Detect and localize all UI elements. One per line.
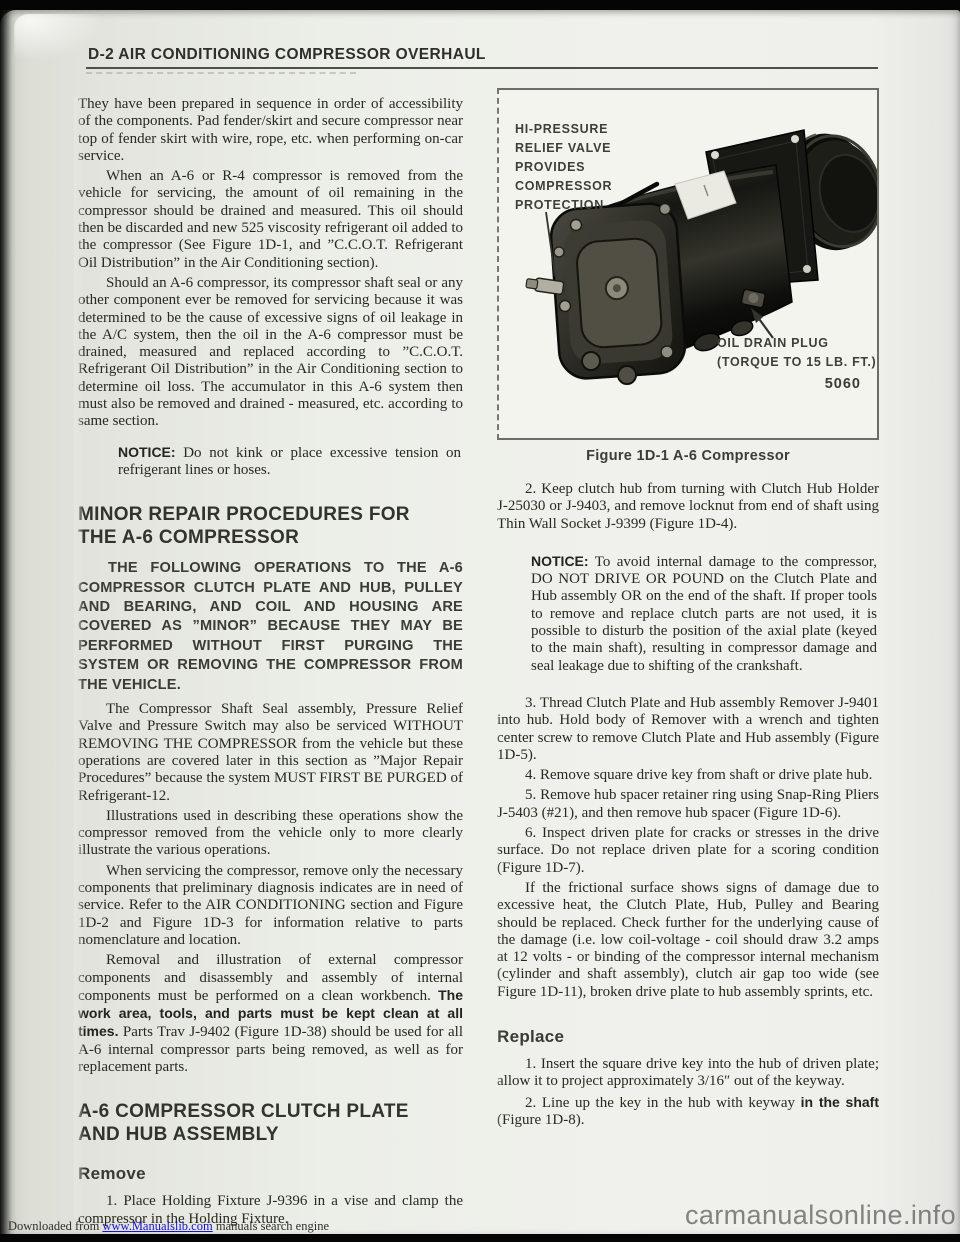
paragraph: When an A-6 or R-4 compressor is removed… [78, 168, 463, 272]
header-rule [86, 67, 878, 69]
notice-label: NOTICE: [531, 553, 589, 569]
subheading-remove: Remove [78, 1164, 463, 1184]
figure-label-oil-drain-plug: OIL DRAIN PLUG (TORQUE TO 15 LB. FT.) [717, 334, 876, 372]
notice-text: To avoid internal damage to the compress… [531, 554, 877, 674]
step-paragraph: 6. Inspect driven plate for cracks or st… [497, 825, 879, 877]
paragraph: They have been prepared in sequence in o… [78, 96, 463, 165]
scan-top-bar [0, 0, 960, 10]
watermark: carmanualsonline.info [685, 1200, 956, 1231]
figure-1d-1: HI-PRESSURE RELIEF VALVE PROVIDES COMPRE… [497, 88, 879, 440]
section-heading-minor-repair: MINOR REPAIR PROCEDURES FOR THE A-6 COMP… [78, 503, 463, 549]
notice-label: NOTICE: [118, 444, 176, 460]
subheading-replace: Replace [497, 1027, 879, 1047]
step-paragraph: 2. Keep clutch hub from turning with Clu… [497, 481, 879, 533]
page-title: D-2 AIR CONDITIONING COMPRESSOR OVERHAUL [88, 46, 486, 64]
paragraph: Should an A-6 compressor, its compressor… [78, 275, 463, 431]
step-paragraph: 4. Remove square drive key from shaft or… [497, 767, 879, 784]
figure-photo-number: 5060 [825, 376, 861, 392]
step-paragraph: 1. Insert the square drive key into the … [497, 1056, 879, 1091]
step-paragraph: 2. Line up the key in the hub with keywa… [497, 1094, 879, 1130]
notice-block: NOTICE: Do not kink or place excessive t… [78, 444, 463, 480]
right-column: HI-PRESSURE RELIEF VALVE PROVIDES COMPRE… [497, 88, 879, 1132]
paragraph: Illustrations used in describing these o… [78, 808, 463, 860]
scanned-manual-page: D-2 AIR CONDITIONING COMPRESSOR OVERHAUL… [0, 0, 960, 1242]
figure-label-relief-valve: HI-PRESSURE RELIEF VALVE PROVIDES COMPRE… [515, 120, 612, 215]
notice-block: NOTICE: To avoid internal damage to the … [497, 553, 879, 675]
paragraph: When servicing the compressor, remove on… [78, 863, 463, 949]
paragraph: The Compressor Shaft Seal assembly, Pres… [78, 701, 463, 805]
step-paragraph: 3. Thread Clutch Plate and Hub assembly … [497, 695, 879, 764]
section-heading-clutch-plate: A-6 COMPRESSOR CLUTCH PLATE AND HUB ASSE… [78, 1100, 463, 1146]
manualslib-link[interactable]: www.Manualslib.com [102, 1219, 212, 1233]
left-column: They have been prepared in sequence in o… [78, 96, 463, 1231]
caps-paragraph: THE FOLLOWING OPERATIONS TO THE A-6 COMP… [78, 559, 463, 695]
download-credit: Downloaded from www.Manualslib.com manua… [8, 1219, 329, 1234]
paragraph: If the frictional surface shows signs of… [497, 880, 879, 1001]
header-rule-dashed [86, 72, 356, 74]
bold-run: in the shaft [801, 1094, 879, 1110]
paragraph: Removal and illustration of external com… [78, 952, 463, 1076]
figure-caption: Figure 1D-1 A-6 Compressor [497, 448, 879, 464]
step-paragraph: 5. Remove hub spacer retainer ring using… [497, 787, 879, 822]
scan-bottom-bar [0, 1234, 960, 1242]
paper-left-shadow [0, 10, 16, 1234]
